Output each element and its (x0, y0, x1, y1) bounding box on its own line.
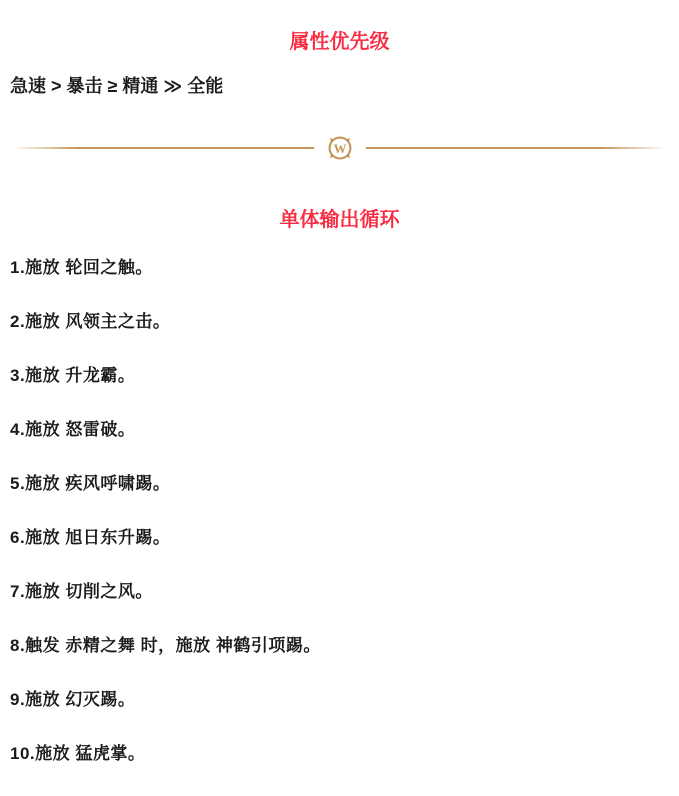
rotation-step: 3.施放 升龙霸。 (10, 365, 679, 386)
guide-article: 属性优先级 急速 > 暴击 ≥ 精通 ≫ 全能 W 单体输出循环 1.施放 轮回… (0, 0, 679, 796)
rotation-step: 6.施放 旭日东升踢。 (10, 527, 679, 548)
section-title-stat-priority: 属性优先级 (0, 0, 679, 54)
divider-line-left (12, 147, 314, 149)
rotation-step: 5.施放 疾风呼啸踢。 (10, 473, 679, 494)
rotation-step: 10.施放 猛虎掌。 (10, 743, 679, 764)
medallion-letter: W (333, 142, 346, 156)
rotation-step: 7.施放 切削之风。 (10, 581, 679, 602)
rotation-step: 9.施放 幻灭踢。 (10, 689, 679, 710)
stat-priority-line: 急速 > 暴击 ≥ 精通 ≫ 全能 (0, 75, 679, 97)
rotation-step: 8.触发 赤精之舞 时，施放 神鹤引项踢。 (10, 635, 679, 656)
wow-w-medallion-icon: W (324, 130, 356, 166)
rotation-steps-list: 1.施放 轮回之触。 2.施放 风领主之击。 3.施放 升龙霸。 4.施放 怒雷… (0, 257, 679, 764)
rotation-step: 1.施放 轮回之触。 (10, 257, 679, 278)
section-divider: W (0, 130, 679, 166)
rotation-step: 4.施放 怒雷破。 (10, 419, 679, 440)
divider-line-right (366, 147, 668, 149)
rotation-step: 2.施放 风领主之击。 (10, 311, 679, 332)
section-title-single-target-rotation: 单体输出循环 (0, 208, 679, 232)
